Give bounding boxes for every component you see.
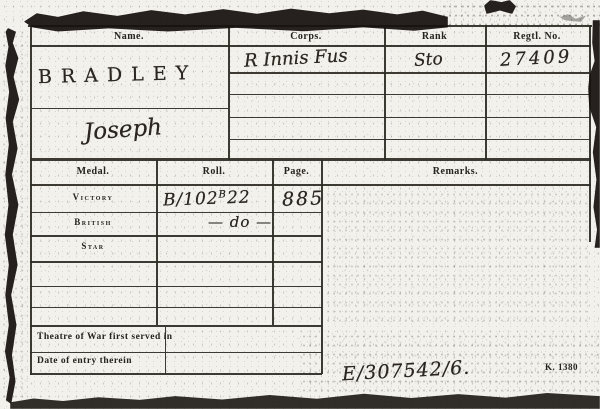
card-border-bottom-left: [30, 373, 322, 375]
remarks-column-header: Remarks.: [321, 166, 590, 177]
corps-row-line-4: [230, 139, 590, 140]
medal-row-label-star: Star: [30, 241, 156, 251]
surname-handwriting: BRADLEY: [38, 62, 198, 88]
reference-number-handwriting: E/307542/6.: [342, 357, 471, 386]
medal-row-line-6: [30, 325, 322, 327]
regtl-no-column-header: Regtl. No.: [485, 31, 589, 42]
medal-row-label-british: British: [30, 217, 156, 227]
victory-roll-handwriting: B/102B22: [163, 187, 251, 210]
medal-row-line-5: [30, 307, 322, 308]
theatre-of-war-label: Theatre of War first served in: [37, 332, 173, 342]
scan-smudge-remarks: [324, 188, 588, 328]
medal-row-line-star: [30, 261, 322, 263]
medal-row-label-victory: Victory: [30, 192, 156, 202]
form-number: K. 1380: [545, 362, 578, 372]
british-ditto-handwriting: — do —: [208, 213, 272, 231]
scan-mark-top-right: [560, 14, 586, 22]
roll-tail: 22: [227, 187, 251, 208]
medal-row-line-victory: [30, 212, 322, 213]
rank-handwriting: Sto: [413, 49, 443, 71]
rank-column-header: Rank: [384, 31, 485, 42]
regtl-no-handwriting: 27409: [500, 46, 573, 71]
name-column-header: Name.: [30, 31, 228, 42]
corps-row-line-3: [230, 117, 590, 118]
date-of-entry-label: Date of entry therein: [37, 356, 132, 366]
medal-row-line-4: [30, 286, 322, 287]
corps-row-line-2: [230, 94, 590, 95]
roll-superscript: B: [218, 189, 227, 200]
medal-index-card-scan: Name. Corps. Rank Regtl. No. Medal. Roll…: [0, 0, 600, 409]
corps-column-header: Corps.: [228, 31, 384, 42]
torn-edge-top-blob: [484, 0, 516, 14]
medal-header-underline: [30, 184, 591, 186]
torn-edge-bottom: [10, 390, 600, 409]
torn-edge-top: [24, 6, 448, 32]
corps-handwriting: R Innis Fus: [244, 45, 349, 71]
theatre-row-underline: [30, 352, 322, 353]
roll-main: B/102: [163, 189, 219, 211]
victory-page-handwriting: 885: [282, 187, 325, 210]
name-row-divider: [32, 108, 228, 109]
torn-edge-left: [4, 28, 20, 404]
medal-column-header: Medal.: [30, 166, 156, 177]
corps-row-line-1: [230, 72, 590, 74]
forename-handwriting: Joseph: [83, 114, 163, 145]
medal-row-line-british: [30, 235, 322, 237]
divider-roll-page: [272, 160, 274, 325]
section-divider: [30, 158, 591, 161]
divider-medal-roll: [156, 160, 158, 325]
card-border-right: [589, 25, 591, 242]
roll-column-header: Roll.: [156, 166, 272, 177]
page-column-header: Page.: [272, 166, 321, 177]
